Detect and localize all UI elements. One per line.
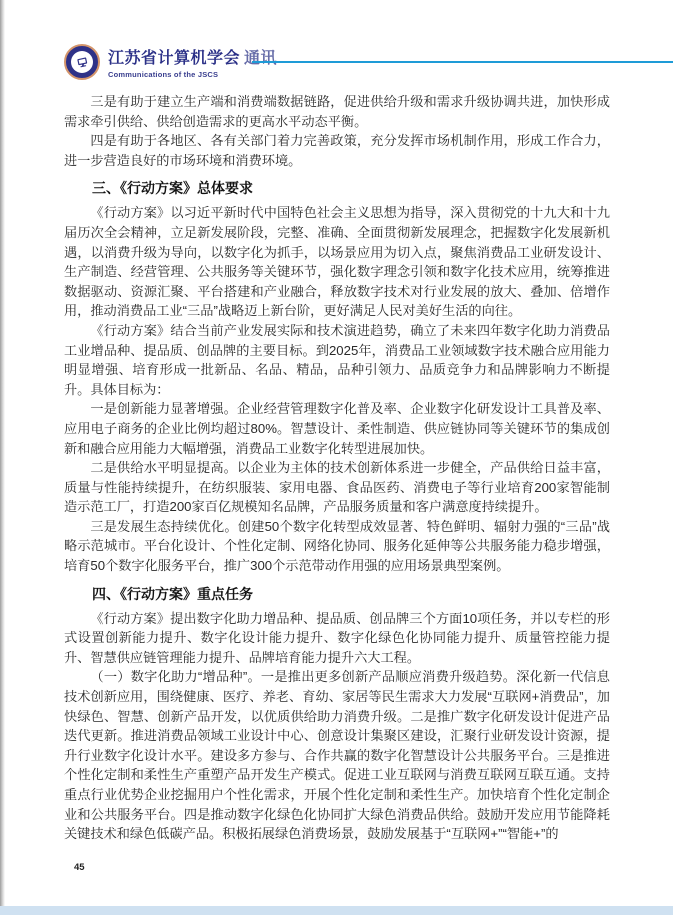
body-paragraph-6: 二是供给水平明显提高。以企业为主体的技术创新体系进一步健全，产品供给日益丰富，质… [64, 458, 610, 517]
body-paragraph-1: 三是有助于建立生产端和消费端数据链路，促进供给升级和需求升级协调共进，加快形成需… [64, 92, 610, 131]
body-paragraph-4: 《行动方案》结合当前产业发展实际和技术演进趋势，确立了未来四年数字化助力消费品工… [64, 321, 610, 399]
body-paragraph-7: 三是发展生态持续优化。创建50个数字化转型成效显著、特色鲜明、辐射力强的“三品”… [64, 517, 610, 576]
section-heading-key-tasks: 四、《行动方案》重点任务 [64, 584, 610, 604]
body-paragraph-8: 《行动方案》提出数字化助力增品种、提品质、创品牌三个方面10项任务，并以专栏的形… [64, 609, 610, 668]
jscs-logo-emblem [71, 51, 93, 73]
section-heading-overall-requirements: 三、《行动方案》总体要求 [64, 178, 610, 198]
document-page: 江苏省计算机学会通讯 Communications of the JSCS 三是… [0, 0, 673, 915]
journal-title-cn: 江苏省计算机学会 [108, 50, 240, 67]
body-paragraph-9: （一）数字化助力“增品种”。一是推出更多创新产品顺应消费升级趋势。深化新一代信息… [64, 667, 610, 843]
article-body: 三是有助于建立生产端和消费端数据链路，促进供给升级和需求升级协调共进，加快形成需… [64, 92, 610, 844]
jscs-logo-icon [64, 44, 100, 80]
body-paragraph-3: 《行动方案》以习近平新时代中国特色社会主义思想为指导，深入贯彻党的十九大和十九届… [64, 203, 610, 321]
body-paragraph-5: 一是创新能力显著增强。企业经营管理数字化普及率、企业数字化研发设计工具普及率、应… [64, 399, 610, 458]
page-number: 45 [74, 862, 85, 873]
page-left-edge [0, 0, 5, 915]
journal-title: 江苏省计算机学会通讯 [108, 45, 277, 68]
header-rule [252, 61, 673, 63]
computer-monitor-icon [76, 56, 89, 69]
journal-title-suffix: 通讯 [244, 50, 277, 67]
page-bottom-edge [0, 906, 673, 915]
journal-subtitle-en: Communications of the JSCS [108, 70, 277, 79]
body-paragraph-2: 四是有助于各地区、各有关部门着力完善政策，充分发挥市场机制作用，形成工作合力，进… [64, 131, 610, 170]
